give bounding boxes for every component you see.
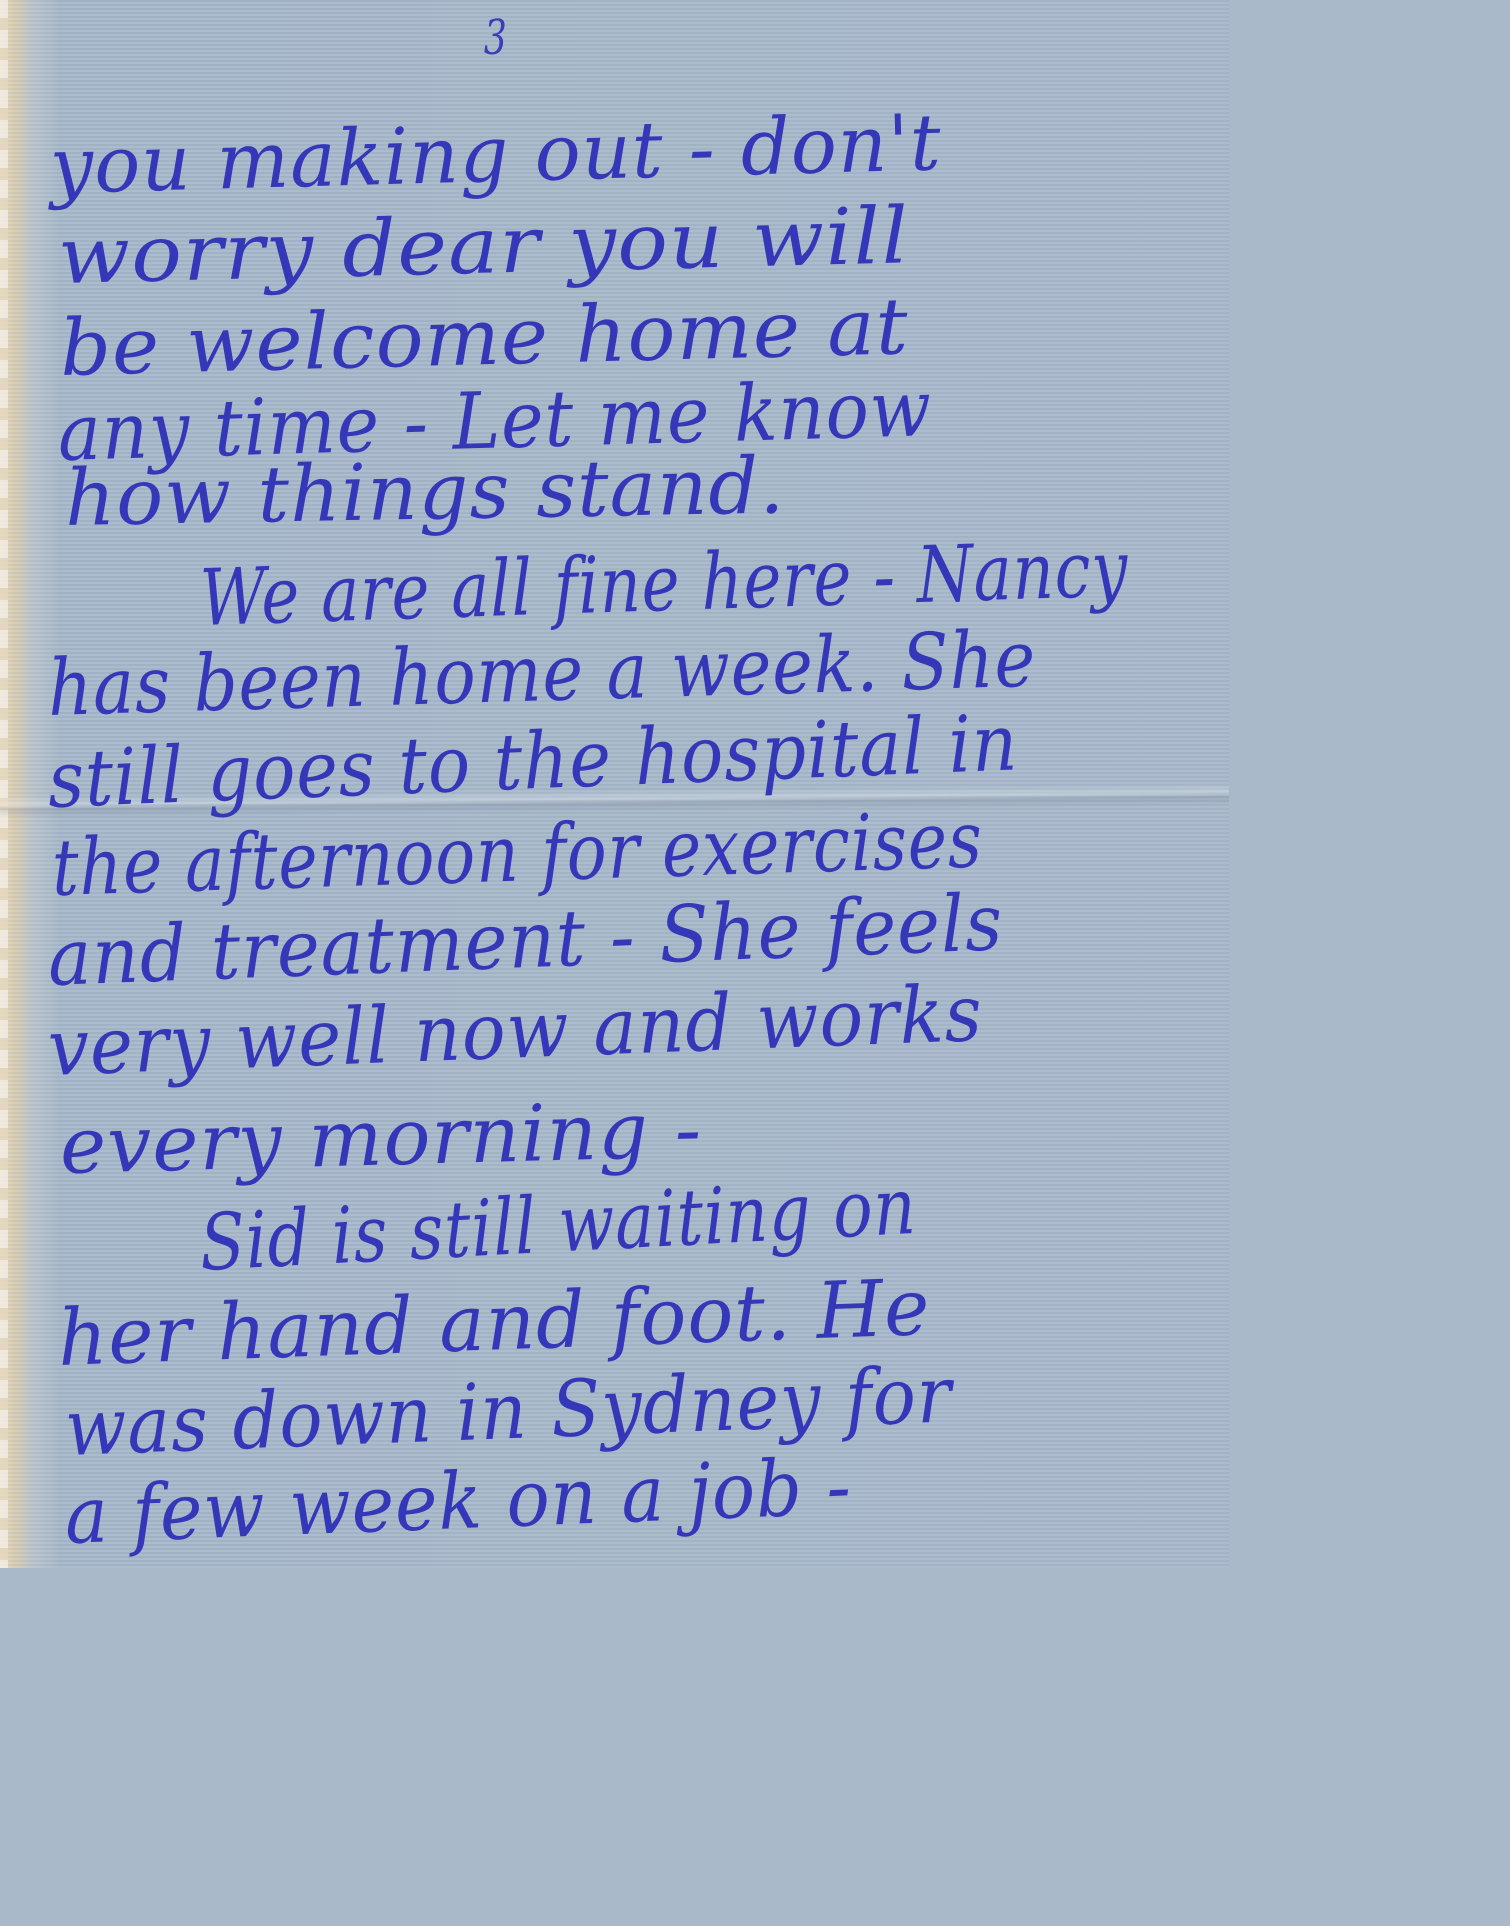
torn-paper-edge bbox=[0, 0, 8, 1568]
handwritten-line: worry dear you will bbox=[57, 197, 910, 296]
letter-page: 3 you making out - don't worry dear you … bbox=[0, 0, 1229, 1568]
handwritten-line: how things stand. bbox=[64, 447, 785, 538]
page-number: 3 bbox=[484, 10, 507, 66]
handwritten-line: you making out - don't bbox=[49, 104, 943, 206]
handwritten-line: every morning - bbox=[59, 1091, 703, 1186]
